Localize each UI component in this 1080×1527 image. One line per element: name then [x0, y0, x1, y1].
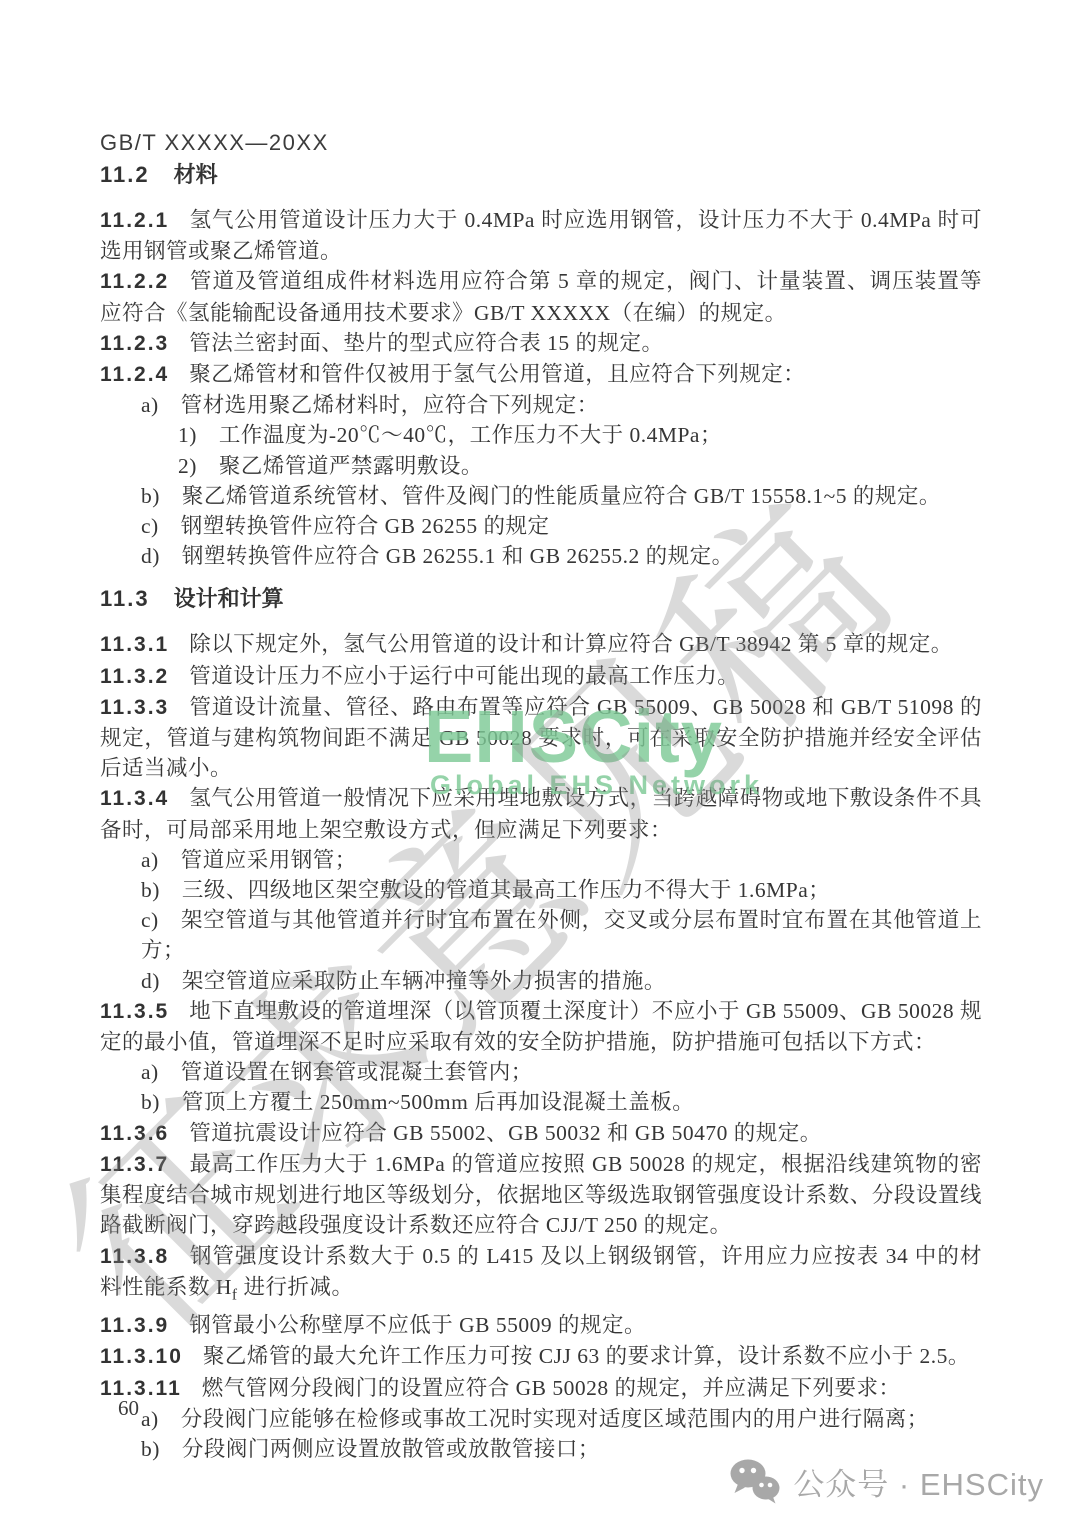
list-item-label: b) — [141, 878, 160, 902]
list-item: c)钢塑转换管件应符合 GB 26255 的规定 — [100, 511, 982, 541]
list-item: a)管道应采用钢管； — [100, 845, 982, 875]
list-item: b)三级、四级地区架空敷设的管道其最高工作压力不得大于 1.6MPa； — [100, 875, 982, 905]
list-item: 1)工作温度为-20℃～40℃，工作压力不大于 0.4MPa； — [100, 420, 982, 450]
list-item-label: c) — [141, 514, 159, 538]
list-item-label: a) — [141, 1060, 159, 1084]
list-item: d)架空管道应采取防止车辆冲撞等外力损害的措施。 — [100, 966, 982, 996]
clause-number: 11.3.2 — [100, 665, 169, 688]
clause-number: 11.3.8 — [100, 1245, 169, 1268]
list-item-label: b) — [141, 1090, 160, 1114]
clause-number: 11.3.9 — [100, 1314, 169, 1337]
clause-number: 11.3.5 — [100, 1000, 169, 1023]
clause-number: 11.3.7 — [100, 1153, 169, 1176]
list-item: b)聚乙烯管道系统管材、管件及阀门的性能质量应符合 GB/T 15558.1~5… — [100, 481, 982, 511]
clause-paragraph: 11.3.6管道抗震设计应符合 GB 55002、GB 50032 和 GB 5… — [100, 1118, 982, 1149]
clause-number: 11.3.11 — [100, 1377, 182, 1400]
clause-number: 11.2.2 — [100, 270, 169, 293]
section-heading: 11.3设计和计算 — [100, 584, 982, 614]
list-item: b)管顶上方覆土 250mm~500mm 后再加设混凝土盖板。 — [100, 1087, 982, 1117]
clause-paragraph: 11.3.3管道设计流量、管径、路由布置等应符合 GB 55009、GB 500… — [100, 692, 982, 784]
clause-paragraph: 11.2.1氢气公用管道设计压力大于 0.4MPa 时应选用钢管，设计压力不大于… — [100, 205, 982, 266]
section-heading: 11.2材料 — [100, 160, 982, 190]
list-item: a)管材选用聚乙烯材料时，应符合下列规定： — [100, 390, 982, 420]
list-item-label: d) — [141, 969, 160, 993]
list-item-label: a) — [141, 848, 159, 872]
clause-paragraph: 11.3.8钢管强度设计系数大于 0.5 的 L415 及以上钢级钢管，许用应力… — [100, 1241, 982, 1311]
document-page: EHSCity Global EHS Network 征求意见稿 GB/T XX… — [0, 0, 1080, 1527]
clause-paragraph: 11.3.10聚乙烯管的最大允许工作压力可按 CJJ 63 的要求计算，设计系数… — [100, 1341, 982, 1372]
clause-paragraph: 11.2.3管法兰密封面、垫片的型式应符合表 15 的规定。 — [100, 328, 982, 359]
section-title: 设计和计算 — [174, 586, 284, 611]
list-item-label: 1) — [178, 423, 197, 447]
list-item: a)管道设置在钢套管或混凝土套管内； — [100, 1057, 982, 1087]
clause-number: 11.2.3 — [100, 332, 169, 355]
section-number: 11.3 — [100, 586, 150, 611]
clause-number: 11.3.6 — [100, 1122, 169, 1145]
clause-paragraph: 11.3.4氢气公用管道一般情况下应采用埋地敷设方式，当跨越障碍物或地下敷设条件… — [100, 783, 982, 844]
clause-paragraph: 11.3.5地下直埋敷设的管道埋深（以管顶覆土深度计）不应小于 GB 55009… — [100, 996, 982, 1057]
clause-number: 11.2.4 — [100, 363, 169, 386]
clause-paragraph: 11.3.7最高工作压力大于 1.6MPa 的管道应按照 GB 50028 的规… — [100, 1149, 982, 1241]
list-item-label: 2) — [178, 454, 197, 478]
wechat-icon — [729, 1458, 781, 1504]
list-item-label: b) — [141, 1437, 160, 1461]
clause-number: 11.3.10 — [100, 1345, 183, 1368]
list-item-label: d) — [141, 544, 160, 568]
clause-paragraph: 11.3.2管道设计压力不应小于运行中可能出现的最高工作压力。 — [100, 661, 982, 692]
clause-number: 11.3.4 — [100, 787, 169, 810]
list-item-label: c) — [141, 908, 159, 932]
document-body: 11.2材料11.2.1氢气公用管道设计压力大于 0.4MPa 时应选用钢管，设… — [100, 160, 982, 1464]
subscript: f — [232, 1286, 238, 1303]
clause-number: 11.2.1 — [100, 209, 169, 232]
clause-paragraph: 11.2.2管道及管道组成件材料选用应符合第 5 章的规定，阀门、计量装置、调压… — [100, 266, 982, 327]
page-number: 60 — [118, 1396, 139, 1421]
clause-number: 11.3.3 — [100, 696, 169, 719]
list-item: d)钢塑转换管件应符合 GB 26255.1 和 GB 26255.2 的规定。 — [100, 541, 982, 571]
list-item: c)架空管道与其他管道并行时宜布置在外侧，交叉或分层布置时宜布置在其他管道上方； — [100, 905, 982, 965]
section-title: 材料 — [174, 162, 218, 187]
section-number: 11.2 — [100, 162, 150, 187]
list-item-label: a) — [141, 1407, 159, 1431]
clause-paragraph: 11.3.9钢管最小公称壁厚不应低于 GB 55009 的规定。 — [100, 1310, 982, 1341]
list-item-label: a) — [141, 393, 159, 417]
list-item: 2)聚乙烯管道严禁露明敷设。 — [100, 451, 982, 481]
doc-code-header: GB/T XXXXX—20XX — [100, 130, 329, 156]
clause-number: 11.3.1 — [100, 633, 169, 656]
list-item: a)分段阀门应能够在检修或事故工况时实现对适度区域范围内的用户进行隔离； — [100, 1404, 982, 1434]
clause-paragraph: 11.2.4聚乙烯管材和管件仅被用于氢气公用管道，且应符合下列规定： — [100, 359, 982, 390]
footer-brand-label: 公众号 · EHSCity — [793, 1459, 1044, 1504]
clause-paragraph: 11.3.1除以下规定外，氢气公用管道的设计和计算应符合 GB/T 38942 … — [100, 629, 982, 660]
list-item-label: b) — [141, 484, 160, 508]
clause-paragraph: 11.3.11燃气管网分段阀门的设置应符合 GB 50028 的规定，并应满足下… — [100, 1373, 982, 1404]
footer-brand: 公众号 · EHSCity — [729, 1458, 1044, 1504]
